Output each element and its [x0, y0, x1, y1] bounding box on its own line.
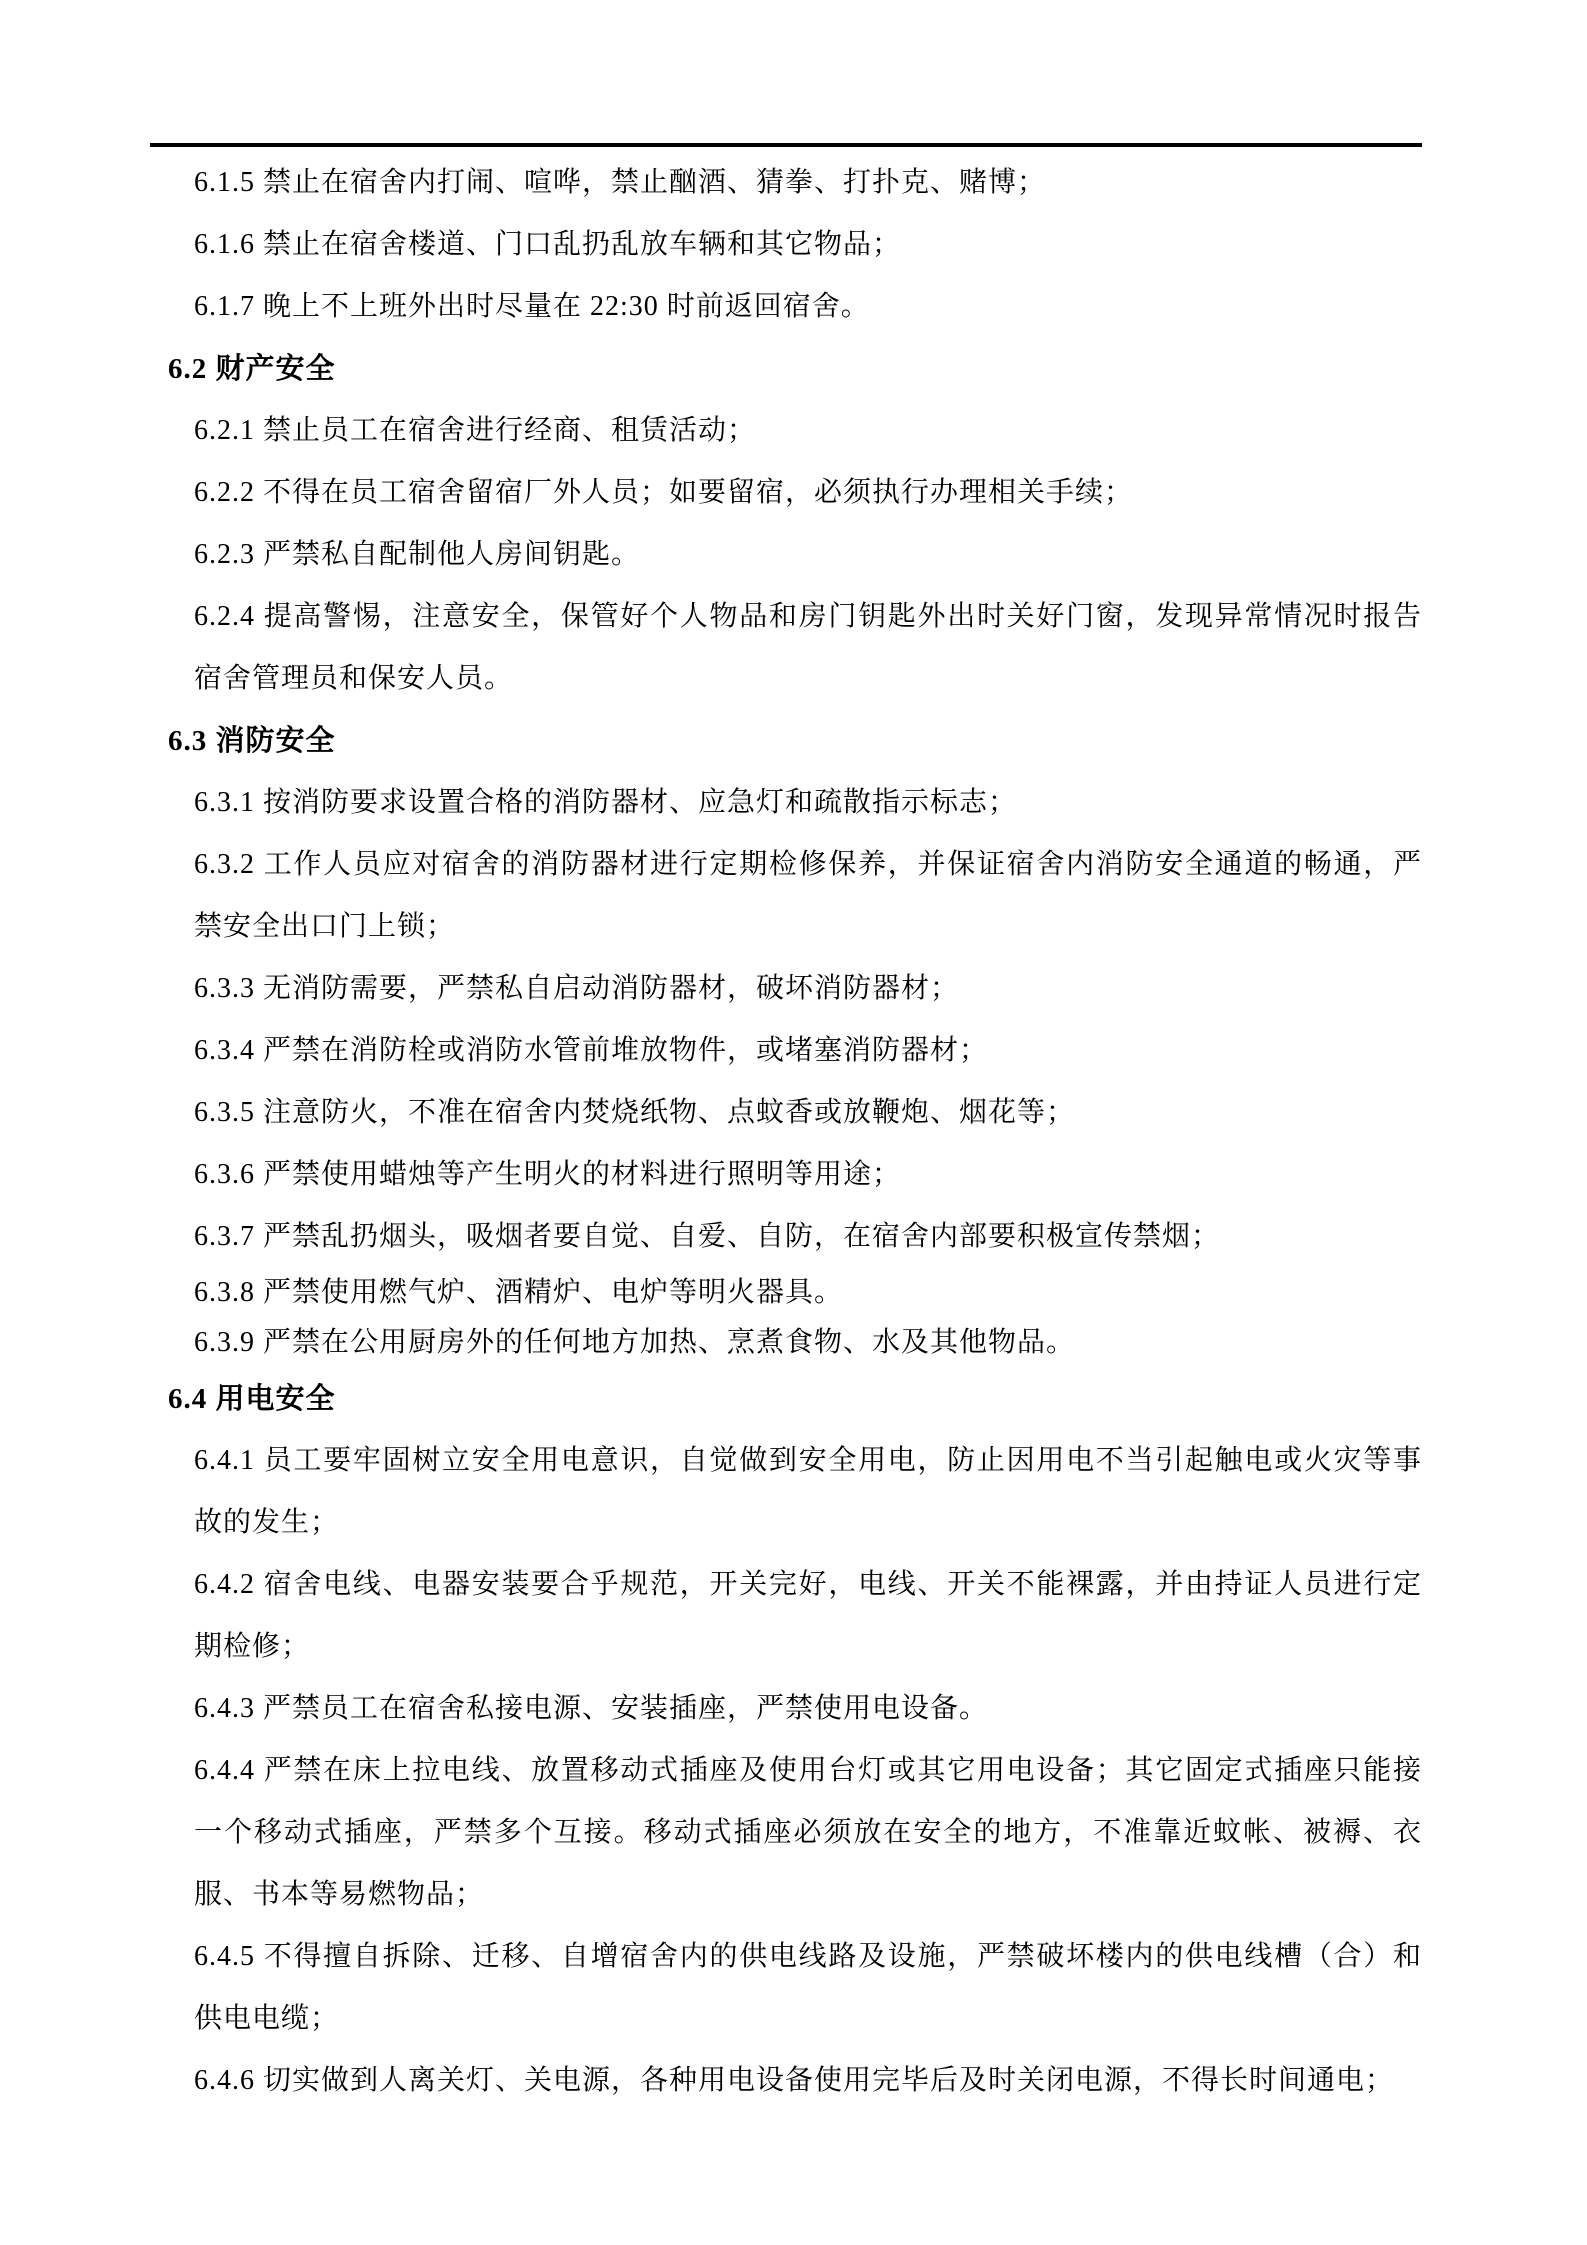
clause-6-2-1: 6.2.1 禁止员工在宿舍进行经商、租赁活动； [194, 400, 1422, 462]
clause-6-3-9: 6.3.9 严禁在公用厨房外的任何地方加热、烹煮食物、水及其他物品。 [194, 1318, 1422, 1368]
page-header-rule [150, 143, 1422, 147]
section-heading-6-2: 6.2 财产安全 [168, 338, 1422, 400]
section-heading-6-4: 6.4 用电安全 [168, 1368, 1422, 1430]
clause-6-4-6: 6.4.6 切实做到人离关灯、关电源，各种用电设备使用完毕后及时关闭电源，不得长… [194, 2050, 1422, 2112]
clause-6-3-4: 6.3.4 严禁在消防栓或消防水管前堆放物件，或堵塞消防器材； [194, 1020, 1422, 1082]
clause-6-3-2: 6.3.2 工作人员应对宿舍的消防器材进行定期检修保养，并保证宿舍内消防安全通道… [194, 834, 1422, 958]
clause-6-2-2: 6.2.2 不得在员工宿舍留宿厂外人员；如要留宿，必须执行办理相关手续； [194, 462, 1422, 524]
clause-6-1-6: 6.1.6 禁止在宿舍楼道、门口乱扔乱放车辆和其它物品； [194, 214, 1422, 276]
clause-6-3-7: 6.3.7 严禁乱扔烟头，吸烟者要自觉、自爱、自防，在宿舍内部要积极宣传禁烟； [194, 1206, 1422, 1268]
section-heading-6-3: 6.3 消防安全 [168, 710, 1422, 772]
clause-6-3-6: 6.3.6 严禁使用蜡烛等产生明火的材料进行照明等用途； [194, 1144, 1422, 1206]
clause-6-3-8: 6.3.8 严禁使用燃气炉、酒精炉、电炉等明火器具。 [194, 1268, 1422, 1318]
clause-6-2-4: 6.2.4 提高警惕，注意安全，保管好个人物品和房门钥匙外出时关好门窗，发现异常… [194, 586, 1422, 710]
clause-6-4-5: 6.4.5 不得擅自拆除、迁移、自增宿舍内的供电线路及设施，严禁破坏楼内的供电线… [194, 1926, 1422, 2050]
clause-6-4-3: 6.4.3 严禁员工在宿舍私接电源、安装插座，严禁使用电设备。 [194, 1678, 1422, 1740]
clause-6-4-1: 6.4.1 员工要牢固树立安全用电意识，自觉做到安全用电，防止因用电不当引起触电… [194, 1430, 1422, 1554]
clause-6-1-7: 6.1.7 晚上不上班外出时尽量在 22:30 时前返回宿舍。 [194, 276, 1422, 338]
clause-6-4-2: 6.4.2 宿舍电线、电器安装要合乎规范，开关完好，电线、开关不能裸露，并由持证… [194, 1554, 1422, 1678]
clause-6-4-4: 6.4.4 严禁在床上拉电线、放置移动式插座及使用台灯或其它用电设备；其它固定式… [194, 1740, 1422, 1926]
document-page: 6.1.5 禁止在宿舍内打闹、喧哗，禁止酗酒、猜拳、打扑克、赌博； 6.1.6 … [0, 0, 1587, 2245]
clause-6-3-3: 6.3.3 无消防需要，严禁私自启动消防器材，破坏消防器材； [194, 958, 1422, 1020]
document-body: 6.1.5 禁止在宿舍内打闹、喧哗，禁止酗酒、猜拳、打扑克、赌博； 6.1.6 … [150, 152, 1422, 2112]
clause-6-1-5: 6.1.5 禁止在宿舍内打闹、喧哗，禁止酗酒、猜拳、打扑克、赌博； [194, 152, 1422, 214]
clause-6-3-5: 6.3.5 注意防火，不准在宿舍内焚烧纸物、点蚊香或放鞭炮、烟花等； [194, 1082, 1422, 1144]
clause-6-2-3: 6.2.3 严禁私自配制他人房间钥匙。 [194, 524, 1422, 586]
clause-6-3-1: 6.3.1 按消防要求设置合格的消防器材、应急灯和疏散指示标志； [194, 772, 1422, 834]
